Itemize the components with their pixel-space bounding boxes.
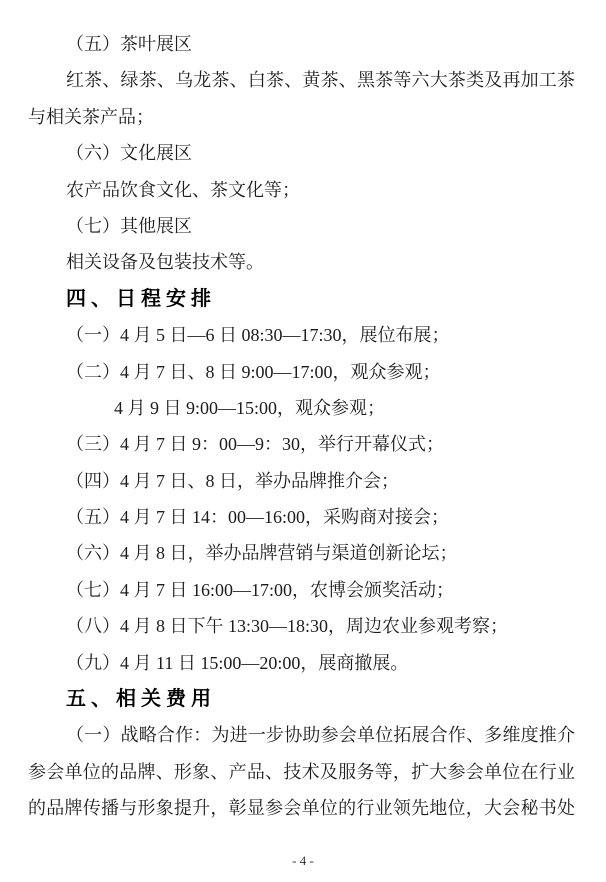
paragraph-line: （六）4 月 8 日，举办品牌营销与渠道创新论坛； bbox=[28, 535, 575, 571]
paragraph-line: （八）4 月 8 日下午 13:30—18:30，周边农业参观考察； bbox=[28, 608, 575, 644]
paragraph-line: （九）4 月 11 日 15:00—20:00，展商撤展。 bbox=[28, 645, 575, 681]
paragraph-line: （五）茶叶展区 bbox=[28, 26, 575, 62]
paragraph-line: 的品牌传播与形象提升，彰显参会单位的行业领先地位，大会秘书处 bbox=[28, 790, 575, 826]
paragraph-line: （二）4 月 7 日、8 日 9:00—17:00，观众参观； bbox=[28, 354, 575, 390]
paragraph-line: （一）4 月 5 日—6 日 08:30—17:30，展位布展； bbox=[28, 317, 575, 353]
paragraph-line: 农产品饮食文化、茶文化等； bbox=[28, 172, 575, 208]
page-number: - 4 - bbox=[0, 851, 606, 871]
section-heading: 五、相关费用 bbox=[28, 681, 575, 717]
paragraph-line: （一）战略合作：为进一步协助参会单位拓展合作、多维度推介 bbox=[28, 717, 575, 753]
paragraph-line: （六）文化展区 bbox=[28, 135, 575, 171]
paragraph-line: （四）4 月 7 日、8 日，举办品牌推介会； bbox=[28, 463, 575, 499]
paragraph-line: （七）4 月 7 日 16:00—17:00，农博会颁奖活动； bbox=[28, 572, 575, 608]
paragraph-line: 与相关茶产品； bbox=[28, 99, 575, 135]
paragraph-line: （三）4 月 7 日 9：00—9：30，举行开幕仪式； bbox=[28, 426, 575, 462]
document-page: （五）茶叶展区红茶、绿茶、乌龙茶、白茶、黄茶、黑茶等六大茶类及再加工茶与相关茶产… bbox=[0, 0, 606, 882]
paragraph-line: （七）其他展区 bbox=[28, 208, 575, 244]
document-body: （五）茶叶展区红茶、绿茶、乌龙茶、白茶、黄茶、黑茶等六大茶类及再加工茶与相关茶产… bbox=[28, 26, 575, 827]
paragraph-line: （五）4 月 7 日 14：00—16:00，采购商对接会； bbox=[28, 499, 575, 535]
paragraph-line: 相关设备及包装技术等。 bbox=[28, 244, 575, 280]
section-heading: 四、日程安排 bbox=[28, 281, 575, 317]
paragraph-line: 红茶、绿茶、乌龙茶、白茶、黄茶、黑茶等六大茶类及再加工茶 bbox=[28, 62, 575, 98]
paragraph-line: 参会单位的品牌、形象、产品、技术及服务等，扩大参会单位在行业 bbox=[28, 754, 575, 790]
paragraph-line: 4 月 9 日 9:00—15:00，观众参观； bbox=[28, 390, 575, 426]
